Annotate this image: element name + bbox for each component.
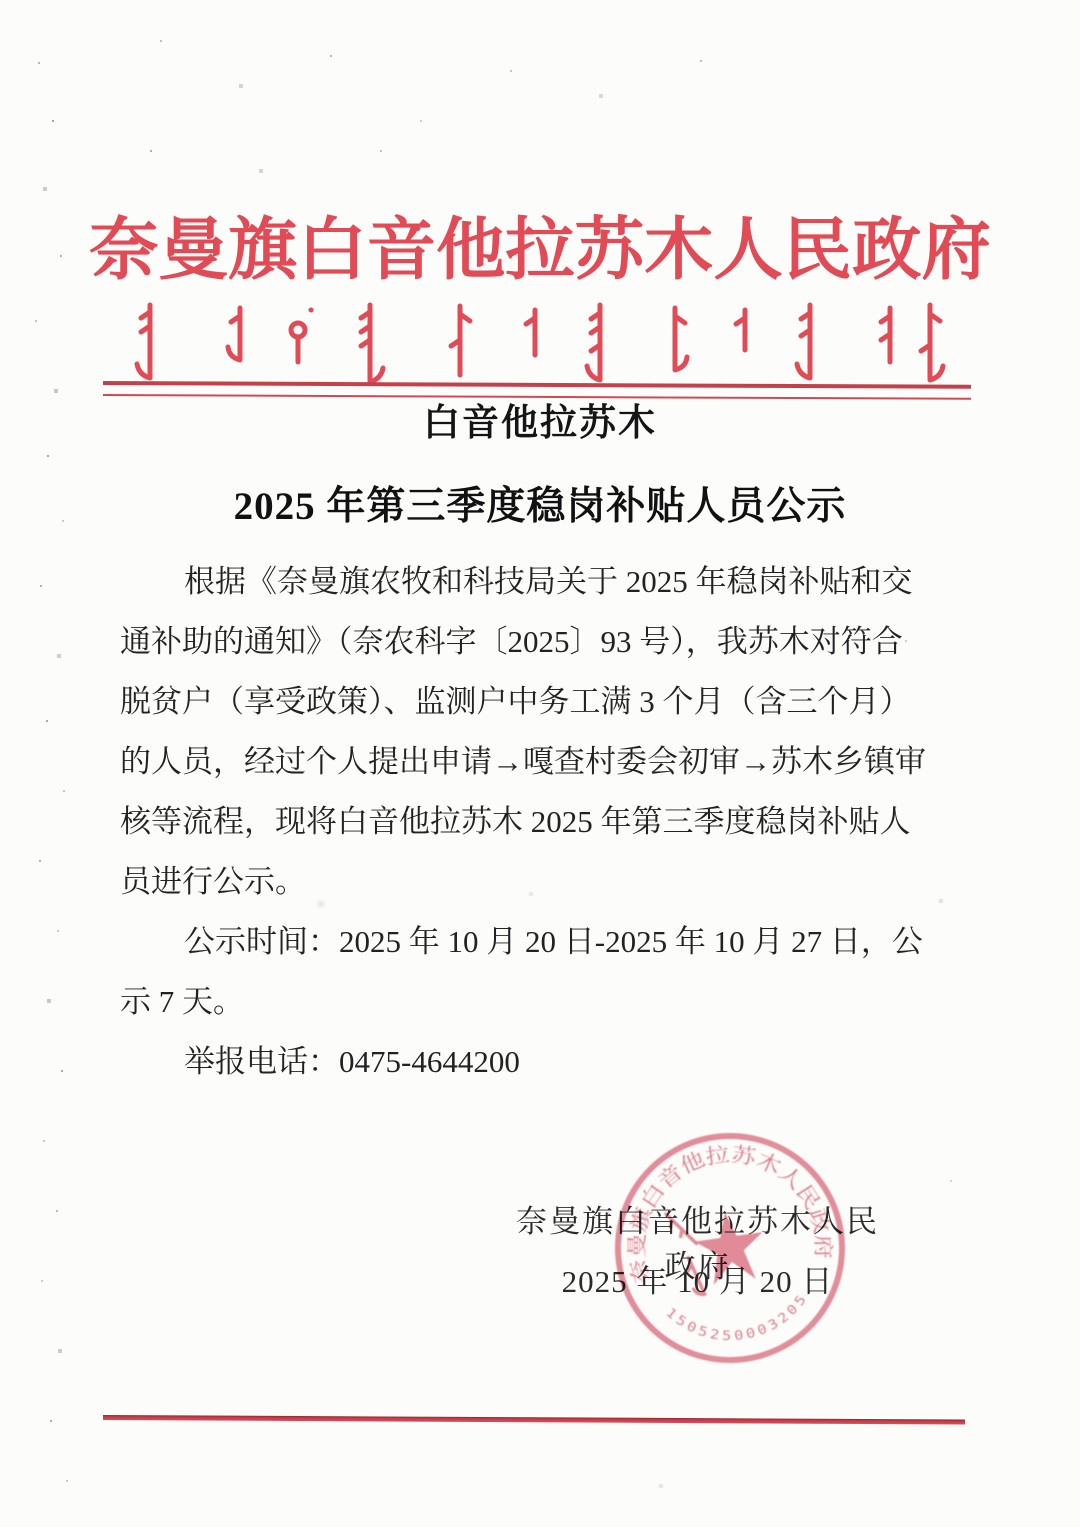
seal-mongolian-script (661, 1210, 705, 1300)
body-line: 的人员，经过个人提出申请→嘎查村委会初审→苏木乡镇审 (120, 736, 970, 796)
body-line: 根据《奈曼旗农牧和科技局关于 2025 年稳岗补贴和交 (120, 556, 970, 616)
letterhead-org-title: 奈曼旗白音他拉苏木人民政府 (0, 204, 1080, 296)
mongolian-script-row (130, 300, 950, 385)
body-line: 员进行公示。 (120, 856, 970, 916)
scanned-document-page: 奈曼旗白音他拉苏木人民政府 白音他拉苏木 2025 年第三季度稳岗补贴人员公示 … (0, 0, 1080, 1527)
letterhead-separator-line (103, 381, 971, 400)
body-line-publicity-period: 公示时间：2025 年 10 月 20 日-2025 年 10 月 27 日，公 (120, 916, 970, 976)
document-title: 白音他拉苏木 (0, 402, 1080, 446)
body-line-publicity-period: 示 7 天。 (120, 976, 970, 1036)
footer-rule-line (103, 1415, 965, 1425)
body-line: 脱贫户（享受政策）、监测户中务工满 3 个月（含三个月） (120, 676, 970, 736)
scan-noise (0, 0, 2, 2)
body-line: 通补助的通知》（奈农科字〔2025〕93 号），我苏木对符合 (120, 616, 970, 676)
document-body: 根据《奈曼旗农牧和科技局关于 2025 年稳岗补贴和交 通补助的通知》（奈农科字… (120, 556, 970, 1096)
body-line: 核等流程，现将白音他拉苏木 2025 年第三季度稳岗补贴人 (120, 796, 970, 856)
seal-star-icon (691, 1208, 769, 1287)
official-seal: 奈曼旗白音他拉苏木人民政府 1505250003205 (566, 1084, 894, 1412)
document-subtitle: 2025 年第三季度稳岗补贴人员公示 (0, 483, 1080, 531)
